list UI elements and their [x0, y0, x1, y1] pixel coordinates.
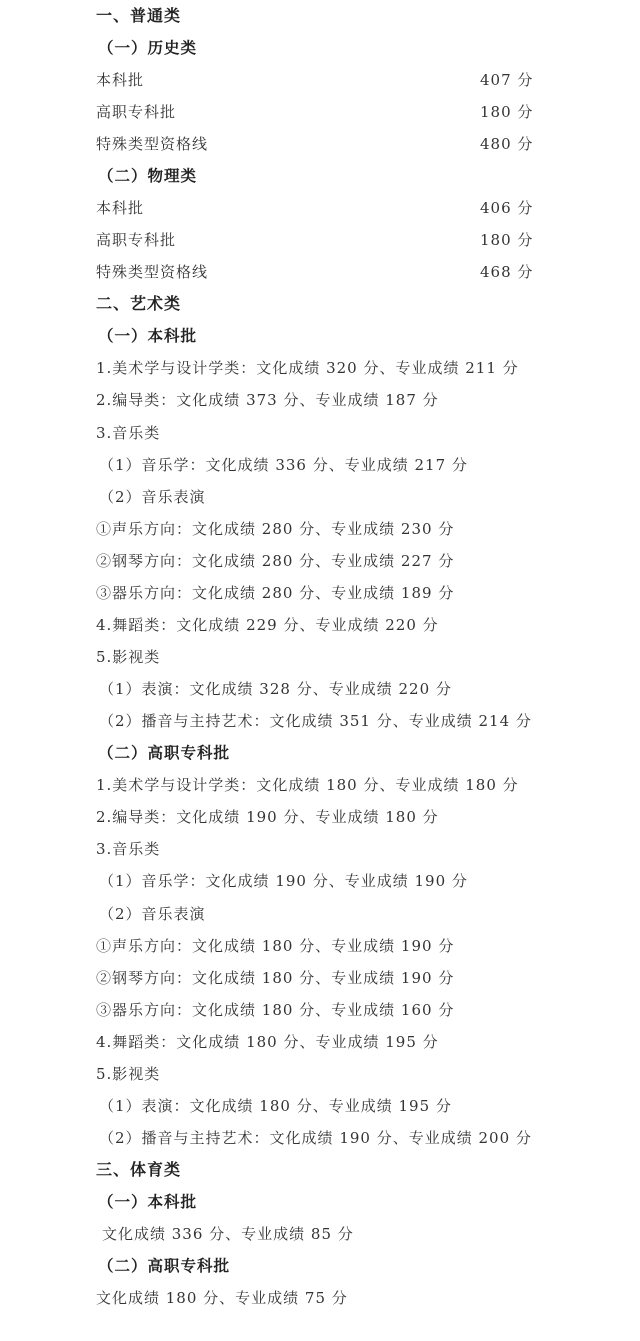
row-value: 180 分	[480, 96, 533, 128]
row-label: 特殊类型资格线	[96, 256, 208, 288]
row-label: 本科批	[96, 192, 144, 224]
list-item: 1.美术学与设计学类：文化成绩 320 分、专业成绩 211 分	[96, 352, 519, 384]
row-value: 180 分	[480, 224, 533, 256]
list-item: ②钢琴方向：文化成绩 180 分、专业成绩 190 分	[96, 962, 454, 994]
list-item: ①声乐方向：文化成绩 280 分、专业成绩 230 分	[96, 513, 454, 545]
list-item: 1.美术学与设计学类：文化成绩 180 分、专业成绩 180 分	[96, 769, 519, 801]
list-item: 2.编导类：文化成绩 373 分、专业成绩 187 分	[96, 384, 439, 416]
list-item: 4.舞蹈类：文化成绩 180 分、专业成绩 195 分	[96, 1026, 439, 1058]
section-heading-general: 一、普通类	[96, 0, 181, 32]
subsection-heading-physics: （二）物理类	[98, 160, 197, 192]
subsection-heading-sports-vocational: （二）高职专科批	[98, 1250, 230, 1282]
list-item: （2）音乐表演	[99, 898, 206, 930]
section-heading-sports: 三、体育类	[96, 1154, 181, 1186]
list-item: ③器乐方向：文化成绩 280 分、专业成绩 189 分	[96, 577, 454, 609]
list-item: 3.音乐类	[96, 417, 160, 449]
list-item: 文化成绩 180 分、专业成绩 75 分	[96, 1282, 348, 1314]
list-item: ③器乐方向：文化成绩 180 分、专业成绩 160 分	[96, 994, 454, 1026]
list-item: 5.影视类	[96, 641, 160, 673]
list-item: （1）表演：文化成绩 180 分、专业成绩 195 分	[99, 1090, 452, 1122]
row-label: 高职专科批	[96, 96, 176, 128]
list-item: 3.音乐类	[96, 833, 160, 865]
row-value: 480 分	[480, 128, 533, 160]
row-value: 468 分	[480, 256, 533, 288]
row-label: 本科批	[96, 64, 144, 96]
subsection-heading-sports-undergrad: （一）本科批	[98, 1186, 197, 1218]
subsection-heading-art-undergrad: （一）本科批	[98, 320, 197, 352]
list-item: （1）音乐学：文化成绩 190 分、专业成绩 190 分	[99, 865, 468, 897]
list-item: （2）播音与主持艺术：文化成绩 190 分、专业成绩 200 分	[99, 1122, 532, 1154]
list-item: 文化成绩 336 分、专业成绩 85 分	[102, 1218, 354, 1250]
subsection-heading-history: （一）历史类	[98, 32, 197, 64]
list-item: ①声乐方向：文化成绩 180 分、专业成绩 190 分	[96, 930, 454, 962]
row-value: 407 分	[480, 64, 533, 96]
list-item: （2）音乐表演	[99, 481, 206, 513]
list-item: （2）播音与主持艺术：文化成绩 351 分、专业成绩 214 分	[99, 705, 532, 737]
list-item: （1）表演：文化成绩 328 分、专业成绩 220 分	[99, 673, 452, 705]
row-label: 高职专科批	[96, 224, 176, 256]
list-item: （1）音乐学：文化成绩 336 分、专业成绩 217 分	[99, 449, 468, 481]
list-item: 2.编导类：文化成绩 190 分、专业成绩 180 分	[96, 801, 439, 833]
list-item: ②钢琴方向：文化成绩 280 分、专业成绩 227 分	[96, 545, 454, 577]
row-value: 406 分	[480, 192, 533, 224]
list-item: 5.影视类	[96, 1058, 160, 1090]
subsection-heading-art-vocational: （二）高职专科批	[98, 737, 230, 769]
section-heading-art: 二、艺术类	[96, 288, 181, 320]
list-item: 4.舞蹈类：文化成绩 229 分、专业成绩 220 分	[96, 609, 439, 641]
row-label: 特殊类型资格线	[96, 128, 208, 160]
